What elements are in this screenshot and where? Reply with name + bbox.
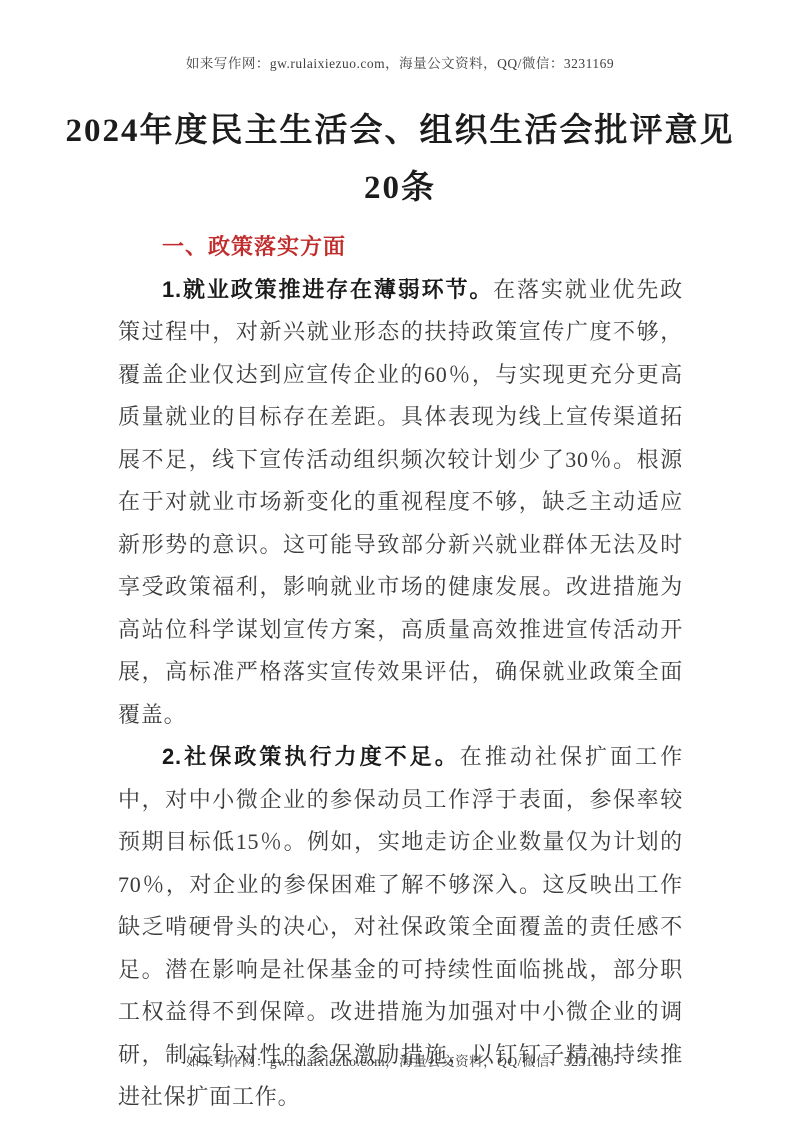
document-body: 一、政策落实方面 1.就业政策推进存在薄弱环节。在落实就业优先政策过程中，对新兴… (118, 226, 683, 1119)
document-title-line2: 20条 (60, 160, 740, 217)
paragraph-1-body: 在落实就业优先政策过程中，对新兴就业形态的扶持政策宣传广度不够，覆盖企业仅达到应… (118, 277, 683, 727)
paragraph-2-lead: 2.社保政策执行力度不足。 (162, 744, 460, 769)
page-header-watermark: 如来写作网：gw.rulaixiezuo.com，海量公文资料，QQ/微信：32… (0, 52, 800, 72)
paragraph-1: 1.就业政策推进存在薄弱环节。在落实就业优先政策过程中，对新兴就业形态的扶持政策… (118, 269, 683, 737)
section-heading-policy-implementation: 一、政策落实方面 (118, 226, 683, 269)
page-footer-watermark: 如来写作网：gw.rulaixiezuo.com，海量公文资料，QQ/微信：32… (0, 1050, 800, 1070)
document-title: 2024年度民主生活会、组织生活会批评意见 20条 (60, 103, 740, 217)
paragraph-1-lead: 1.就业政策推进存在薄弱环节。 (162, 277, 493, 302)
document-title-line1: 2024年度民主生活会、组织生活会批评意见 (60, 103, 740, 160)
document-page: 如来写作网：gw.rulaixiezuo.com，海量公文资料，QQ/微信：32… (0, 0, 800, 1131)
